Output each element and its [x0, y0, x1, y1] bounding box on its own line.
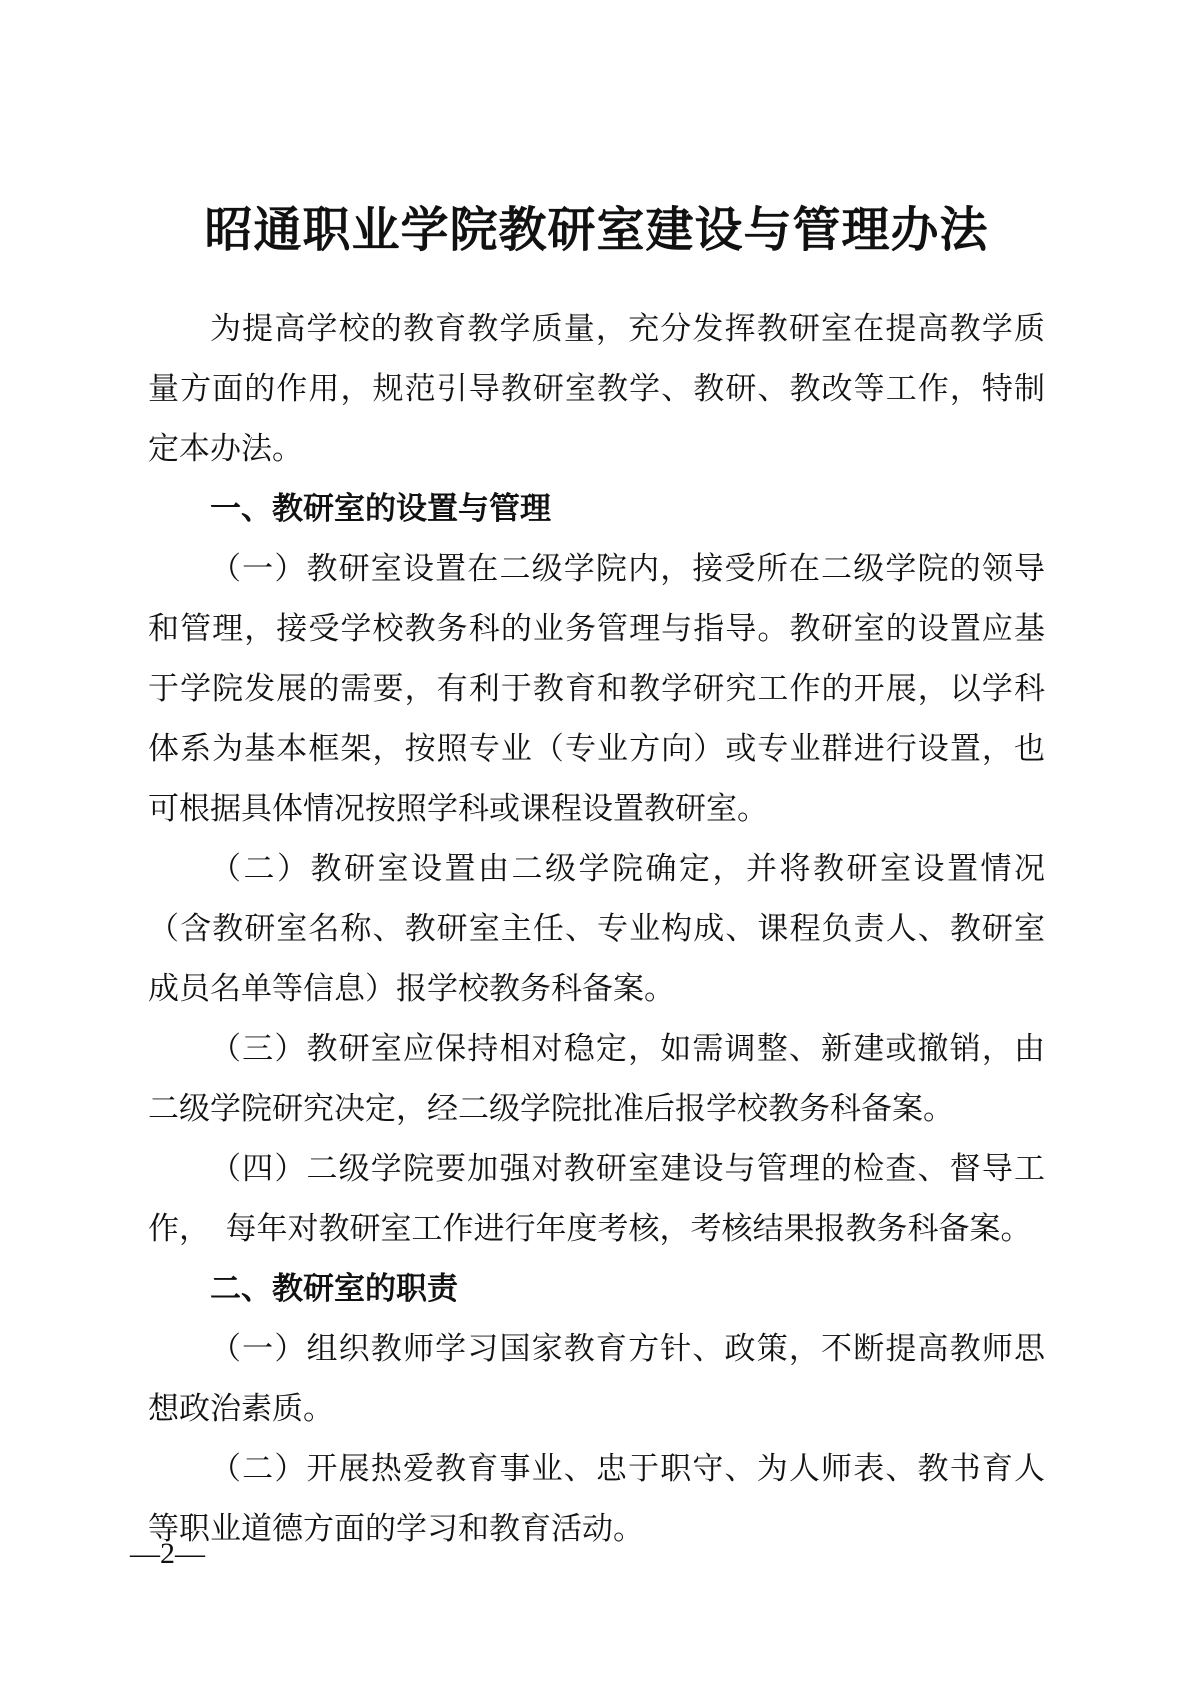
section-heading: 一、教研室的设置与管理	[148, 479, 1045, 539]
paragraph: 为提高学校的教育教学质量，充分发挥教研室在提高教学质量方面的作用，规范引导教研室…	[148, 299, 1045, 479]
paragraph: （三）教研室应保持相对稳定，如需调整、新建或撤销，由二级学院研究决定，经二级学院…	[148, 1019, 1045, 1139]
paragraph: （二）教研室设置由二级学院确定，并将教研室设置情况（含教研室名称、教研室主任、专…	[148, 839, 1045, 1019]
document-body: 为提高学校的教育教学质量，充分发挥教研室在提高教学质量方面的作用，规范引导教研室…	[148, 299, 1045, 1559]
document-page: 昭通职业学院教研室建设与管理办法 为提高学校的教育教学质量，充分发挥教研室在提高…	[0, 0, 1191, 1684]
paragraph: （一）组织教师学习国家教育方针、政策，不断提高教师思想政治素质。	[148, 1319, 1045, 1439]
paragraph: （一）教研室设置在二级学院内，接受所在二级学院的领导和管理，接受学校教务科的业务…	[148, 539, 1045, 839]
document-content: 昭通职业学院教研室建设与管理办法 为提高学校的教育教学质量，充分发挥教研室在提高…	[148, 203, 1045, 1559]
paragraph: （二）开展热爱教育事业、忠于职守、为人师表、教书育人等职业道德方面的学习和教育活…	[148, 1439, 1045, 1559]
section-heading: 二、教研室的职责	[148, 1259, 1045, 1319]
paragraph: （四）二级学院要加强对教研室建设与管理的检查、督导工作， 每年对教研室工作进行年…	[148, 1139, 1045, 1259]
page-number: —2—	[130, 1534, 205, 1574]
document-title: 昭通职业学院教研室建设与管理办法	[148, 203, 1045, 259]
